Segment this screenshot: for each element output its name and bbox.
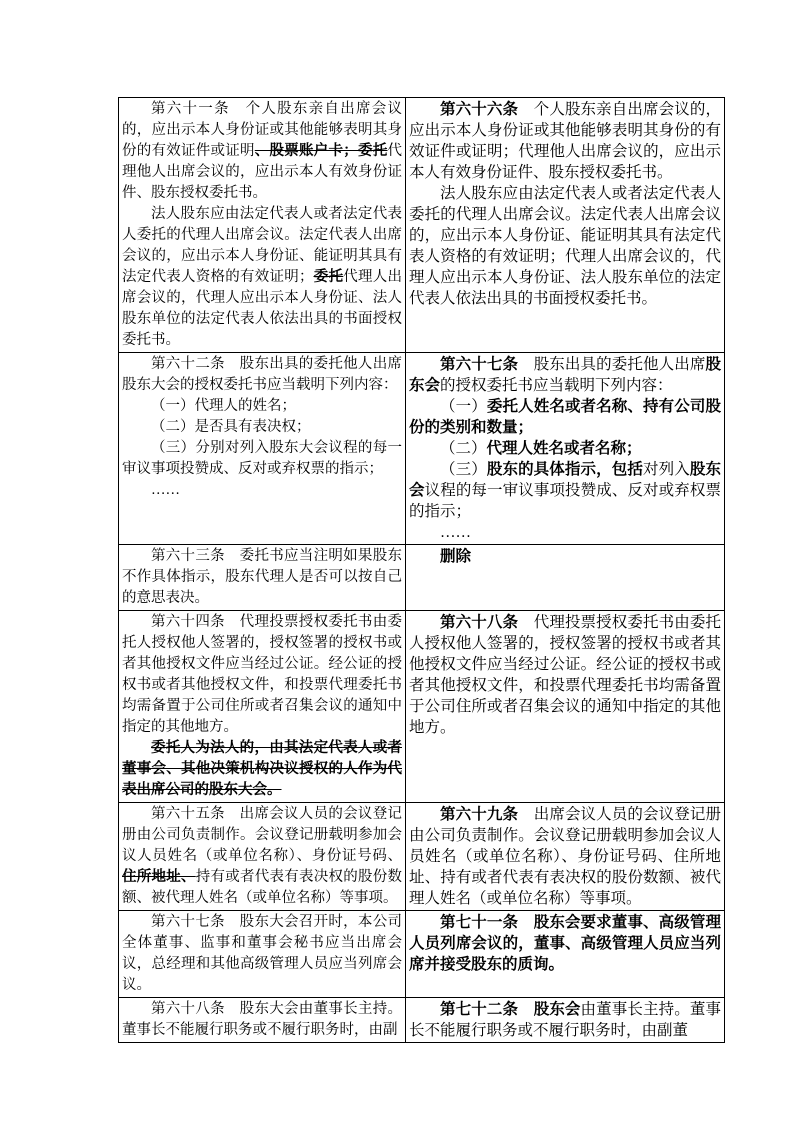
emphasized-text: 第七十一条 股东会要求董事、高级管理人员列席会议的，董事、高级管理人员应当列席并… (409, 914, 721, 973)
old-article-cell: 第六十五条 出席会议人员的会议登记册由公司负责制作。会议登记册载明参加会议人员姓… (119, 803, 406, 911)
text-run: 第六十五条 出席会议人员的会议登记册由公司负责制作。会议登记册载明参加会议人员姓… (122, 806, 402, 864)
paragraph: …… (409, 522, 721, 543)
paragraph: 第六十八条 代理投票授权委托书由委托人授权他人签署的，授权签署的授权书或者其他授… (409, 612, 721, 738)
text-run: 议程的每一审议事项投赞成、反对或弃权票的指示； (409, 482, 721, 520)
emphasized-text: 删除 (440, 548, 471, 565)
text-run: （二） (440, 440, 487, 457)
text-run: （三） (440, 461, 487, 478)
text-run: 第六十四条 代理投票授权委托书由委托人授权他人签署的，授权签署的授权书或者其他授… (122, 614, 402, 735)
old-article-cell: 第六十四条 代理投票授权委托书由委托人授权他人签署的，授权签署的授权书或者其他授… (119, 611, 406, 803)
paragraph: 法人股东应由法定代表人或者法定代表人委托的代理人出席会议。法定代表人出席会议的，… (122, 204, 402, 351)
text-run: 对列入 (643, 461, 690, 478)
paragraph: 第六十四条 代理投票授权委托书由委托人授权他人签署的，授权签署的授权书或者其他授… (122, 612, 402, 738)
paragraph: （一）代理人的姓名； (122, 396, 402, 417)
new-article-cell: 第六十七条 股东出具的委托他人出席股东会的授权委托书应当载明下列内容：（一）委托… (406, 353, 725, 545)
paragraph: 第六十六条 个人股东亲自出席会议的，应出示本人身份证或其他能够表明其身份的有效证… (409, 99, 721, 183)
paragraph: （二）是否具有表决权； (122, 417, 402, 438)
paragraph: 法人股东应由法定代表人或者法定代表人委托的代理人出席会议。法定代表人出席会议的，… (409, 183, 721, 309)
paragraph: 第六十七条 股东大会召开时，本公司全体董事、监事和董事会秘书应当出席会议，总经理… (122, 912, 402, 996)
paragraph: 第六十七条 股东出具的委托他人出席股东会的授权委托书应当载明下列内容： (409, 354, 721, 396)
text-run (518, 1001, 534, 1018)
text-run: 第六十七条 股东大会召开时，本公司全体董事、监事和董事会秘书应当出席会议，总经理… (122, 914, 402, 993)
new-article-cell: 第六十九条 出席会议人员的会议登记册由公司负责制作。会议登记册载明参加会议人员姓… (406, 803, 725, 911)
new-article-cell: 第七十二条 股东会由董事长主持。董事长不能履行职务或不履行职务时，由副董 (406, 998, 725, 1043)
text-run: 第六十二条 股东出具的委托他人出席股东大会的授权委托书应当载明下列内容： (122, 356, 402, 393)
text-run: …… (440, 524, 471, 541)
paragraph: 第六十五条 出席会议人员的会议登记册由公司负责制作。会议登记册载明参加会议人员姓… (122, 804, 402, 909)
deleted-text: 、股票账户卡；委托 (255, 143, 388, 159)
old-article-cell: 第六十八条 股东大会由董事长主持。董事长不能履行职务或不履行职务时，由副 (119, 998, 406, 1043)
paragraph: 第六十九条 出席会议人员的会议登记册由公司负责制作。会议登记册载明参加会议人员姓… (409, 804, 721, 909)
text-run: 的授权委托书应当载明下列内容： (440, 377, 673, 394)
comparison-table-body: 第六十一条 个人股东亲自出席会议的，应出示本人身份证或其他能够表明其身份的有效证… (119, 98, 725, 1043)
paragraph: （三）分别对列入股东大会议程的每一审议事项投赞成、反对或弃权票的指示； (122, 438, 402, 480)
deleted-text: 委托人为法人的，由其法定代表人或者董事会、其他决策机构决议授权的人作为代表出席公… (122, 740, 402, 798)
paragraph: 第六十八条 股东大会由董事长主持。董事长不能履行职务或不履行职务时，由副 (122, 999, 402, 1041)
paragraph: 第六十二条 股东出具的委托他人出席股东大会的授权委托书应当载明下列内容： (122, 354, 402, 396)
paragraph: （三）股东的具体指示，包括对列入股东会议程的每一审议事项投赞成、反对或弃权票的指… (409, 459, 721, 522)
emphasized-text: 第六十八条 (440, 614, 518, 631)
table-row: 第六十五条 出席会议人员的会议登记册由公司负责制作。会议登记册载明参加会议人员姓… (119, 803, 725, 911)
old-article-cell: 第六十三条 委托书应当注明如果股东不作具体指示，股东代理人是否可以按自己的意思表… (119, 545, 406, 611)
paragraph: 第七十二条 股东会由董事长主持。董事长不能履行职务或不履行职务时，由副董 (409, 999, 721, 1041)
paragraph: 委托人为法人的，由其法定代表人或者董事会、其他决策机构决议授权的人作为代表出席公… (122, 738, 402, 801)
table-row: 第六十七条 股东大会召开时，本公司全体董事、监事和董事会秘书应当出席会议，总经理… (119, 911, 725, 998)
text-run: 股东出具的委托他人出席 (518, 356, 705, 373)
text-run: 第六十三条 委托书应当注明如果股东不作具体指示，股东代理人是否可以按自己的意思表… (122, 548, 402, 606)
paragraph: （二）代理人姓名或者名称； (409, 438, 721, 459)
text-run: …… (151, 482, 180, 498)
document-page: 第六十一条 个人股东亲自出席会议的，应出示本人身份证或其他能够表明其身份的有效证… (0, 0, 794, 1122)
old-article-cell: 第六十一条 个人股东亲自出席会议的，应出示本人身份证或其他能够表明其身份的有效证… (119, 98, 406, 353)
text-run: （一）代理人的姓名； (151, 398, 296, 414)
table-row: 第六十二条 股东出具的委托他人出席股东大会的授权委托书应当载明下列内容：（一）代… (119, 353, 725, 545)
deleted-text: 住所地址、 (122, 869, 196, 885)
paragraph: （一）委托人姓名或者名称、持有公司股份的类别和数量； (409, 396, 721, 438)
emphasized-text: 代理人姓名或者名称； (487, 440, 642, 457)
table-row: 第六十八条 股东大会由董事长主持。董事长不能履行职务或不履行职务时，由副第七十二… (119, 998, 725, 1043)
new-article-cell: 删除 (406, 545, 725, 611)
table-row: 第六十三条 委托书应当注明如果股东不作具体指示，股东代理人是否可以按自己的意思表… (119, 545, 725, 611)
text-run: （一） (440, 398, 487, 415)
table-row: 第六十四条 代理投票授权委托书由委托人授权他人签署的，授权签署的授权书或者其他授… (119, 611, 725, 803)
paragraph: 第七十一条 股东会要求董事、高级管理人员列席会议的，董事、高级管理人员应当列席并… (409, 912, 721, 975)
paragraph: 第六十三条 委托书应当注明如果股东不作具体指示，股东代理人是否可以按自己的意思表… (122, 546, 402, 609)
comparison-table: 第六十一条 个人股东亲自出席会议的，应出示本人身份证或其他能够表明其身份的有效证… (118, 97, 725, 1043)
emphasized-text: 股东会 (534, 1001, 581, 1018)
paragraph: …… (122, 480, 402, 501)
text-run: 代理投票授权委托书由委托人授权他人签署的，授权签署的授权书或者其他授权文件应当经… (409, 614, 721, 736)
new-article-cell: 第六十八条 代理投票授权委托书由委托人授权他人签署的，授权签署的授权书或者其他授… (406, 611, 725, 803)
emphasized-text: 第六十九条 (440, 806, 518, 823)
text-run: 法人股东应由法定代表人或者法定代表人委托的代理人出席会议。法定代表人出席会议的，… (409, 185, 721, 307)
paragraph: 删除 (409, 546, 721, 567)
emphasized-text: 第六十七条 (440, 356, 518, 373)
table-row: 第六十一条 个人股东亲自出席会议的，应出示本人身份证或其他能够表明其身份的有效证… (119, 98, 725, 353)
text-run: （二）是否具有表决权； (151, 419, 311, 435)
emphasized-text: 第六十六条 (440, 101, 518, 118)
emphasized-text: 第七十二条 (440, 1001, 518, 1018)
text-run: （三）分别对列入股东大会议程的每一审议事项投赞成、反对或弃权票的指示； (122, 440, 402, 477)
deleted-text: 委托 (314, 269, 344, 285)
text-run: 第六十八条 股东大会由董事长主持。董事长不能履行职务或不履行职务时，由副 (122, 1001, 402, 1038)
old-article-cell: 第六十七条 股东大会召开时，本公司全体董事、监事和董事会秘书应当出席会议，总经理… (119, 911, 406, 998)
new-article-cell: 第七十一条 股东会要求董事、高级管理人员列席会议的，董事、高级管理人员应当列席并… (406, 911, 725, 998)
new-article-cell: 第六十六条 个人股东亲自出席会议的，应出示本人身份证或其他能够表明其身份的有效证… (406, 98, 725, 353)
old-article-cell: 第六十二条 股东出具的委托他人出席股东大会的授权委托书应当载明下列内容：（一）代… (119, 353, 406, 545)
paragraph: 第六十一条 个人股东亲自出席会议的，应出示本人身份证或其他能够表明其身份的有效证… (122, 99, 402, 204)
emphasized-text: 股东的具体指示，包括 (487, 461, 643, 478)
